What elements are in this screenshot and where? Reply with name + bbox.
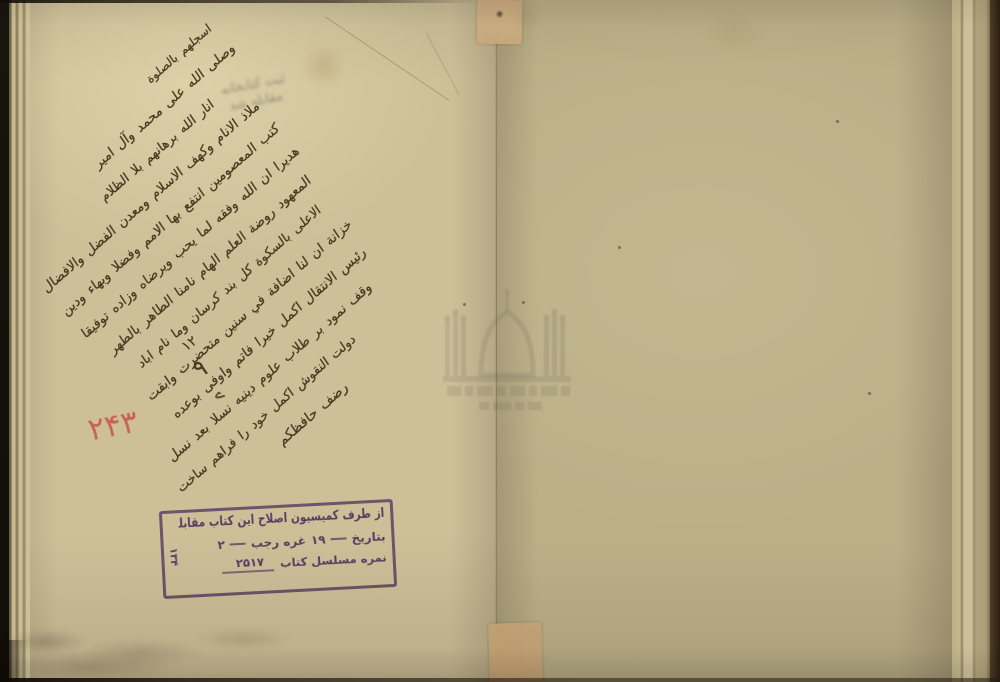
stamp-serial-number: ۲۵۱۷ (222, 554, 275, 574)
top-edge-shadow (0, 0, 480, 3)
stamp-header: از طرف کمیسیون اصلاح این کتاب مقابله و د… (178, 506, 385, 533)
stamp-year-vertical: ۱۳۴ (167, 548, 179, 567)
grime-smudge (5, 622, 345, 678)
bottom-edge-shadow (0, 678, 1000, 682)
book-cover-edge-left (0, 0, 9, 682)
speck (522, 301, 525, 304)
book-cover-edge-right (990, 0, 1000, 682)
stamp-date-label: بتاریخ (351, 529, 386, 545)
stamp-dash (230, 543, 246, 546)
speck (868, 392, 871, 395)
left-page: اسجلهم بالصلوةوصلى الله على محمد وآل امي… (30, 0, 497, 682)
stamp-date-year-digit: ۲ (217, 538, 225, 552)
page-edges-right (952, 0, 990, 682)
speck (463, 303, 466, 306)
stamp-serial-label: نمره مسلسل کتاب (280, 550, 387, 570)
right-page (497, 0, 952, 682)
speck (120, 262, 123, 265)
library-stamp: از طرف کمیسیون اصلاح این کتاب مقابله و د… (159, 499, 397, 599)
tape-top (477, 0, 523, 44)
stamp-dash (331, 537, 347, 540)
speck (618, 246, 621, 249)
speck (836, 120, 839, 123)
stamp-serial-row: نمره مسلسل کتاب ۲۵۱۷ (180, 548, 387, 576)
manuscript-scan: اسجلهم بالصلوةوصلى الله على محمد وآل امي… (0, 0, 1000, 682)
tape-bottom (488, 622, 543, 682)
bottom-left-corner-shadow (0, 640, 26, 682)
stamp-date-day: ۱۹ (311, 533, 326, 548)
page-edges-left (9, 0, 30, 682)
stamp-date-month: غره رجب (250, 534, 306, 551)
